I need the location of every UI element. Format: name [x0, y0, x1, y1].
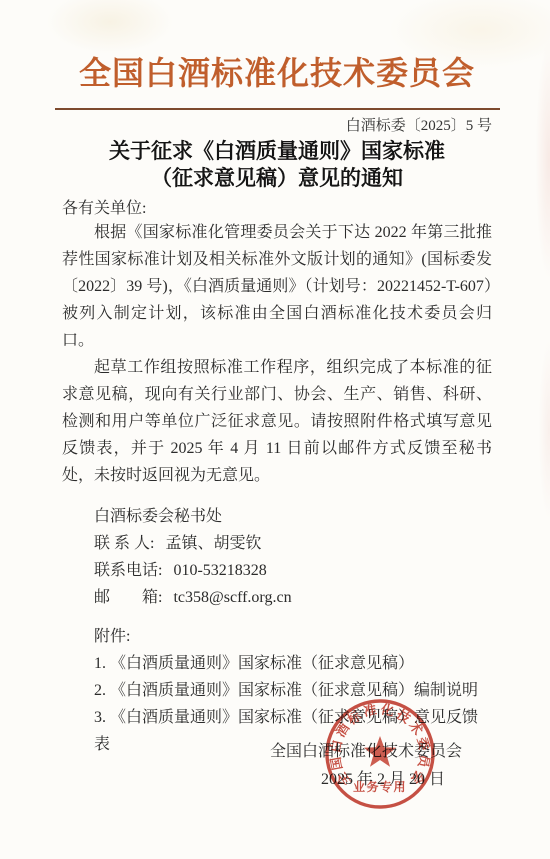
body-paragraph-2: 起草工作组按照标准工作程序，组织完成了本标准的征求意见稿，现向有关行业部门、协会…	[62, 354, 492, 489]
contact-block: 白酒标委会秘书处 联 系 人: 孟镇、胡雯钦 联系电话: 010-5321832…	[94, 503, 492, 611]
body-paragraph-1: 根据《国家标准化管理委员会关于下达 2022 年第三批推荐性国家标准计划及相关标…	[62, 219, 492, 354]
notice-title-line2: （征求意见稿）意见的通知	[62, 165, 492, 192]
contact-person-label: 联 系 人:	[94, 535, 154, 552]
contact-office: 白酒标委会秘书处	[94, 503, 492, 530]
attachment-item-2: 2. 《白酒质量通则》国家标准（征求意见稿）编制说明	[94, 677, 492, 704]
document-page: 全国白酒标准化技术委员会 白酒标委〔2025〕5 号 关于征求《白酒质量通则》国…	[0, 0, 550, 859]
notice-title-line1: 关于征求《白酒质量通则》国家标准	[62, 138, 492, 165]
notice-title: 关于征求《白酒质量通则》国家标准 （征求意见稿）意见的通知	[62, 138, 492, 192]
contact-person-value: 孟镇、胡雯钦	[165, 535, 261, 552]
contact-phone-label: 联系电话:	[94, 562, 162, 579]
contact-office-name: 白酒标委会秘书处	[94, 508, 222, 525]
contact-email-row: 邮 箱: tc358@scff.org.cn	[94, 584, 492, 611]
signature-date: 2025 年 2 月 20 日	[321, 766, 445, 789]
document-number: 白酒标委〔2025〕5 号	[62, 117, 492, 135]
contact-person-row: 联 系 人: 孟镇、胡雯钦	[94, 530, 492, 557]
org-header-title: 全国白酒标准化技术委员会	[62, 56, 492, 91]
salutation: 各有关单位:	[62, 199, 492, 219]
contact-email-value: tc358@scff.org.cn	[173, 589, 291, 606]
contact-phone-value: 010-53218328	[173, 562, 266, 579]
signature-org: 全国白酒标准化技术委员会	[270, 738, 462, 761]
attachments-label: 附件:	[94, 623, 492, 650]
header-divider-rule	[55, 108, 500, 110]
contact-phone-row: 联系电话: 010-53218328	[94, 557, 492, 584]
contact-email-label: 邮 箱:	[94, 589, 162, 606]
attachment-item-1: 1. 《白酒质量通则》国家标准（征求意见稿）	[94, 650, 492, 677]
